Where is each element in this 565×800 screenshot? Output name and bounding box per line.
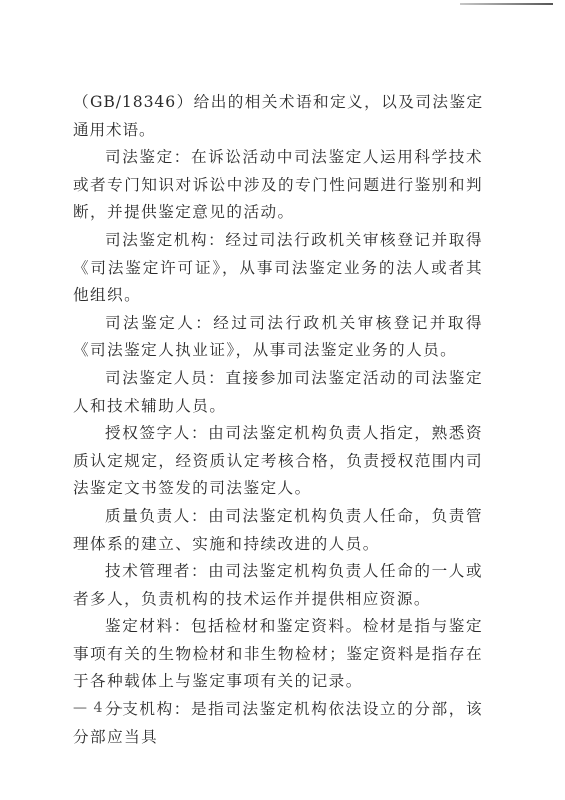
document-body: （GB/18346）给出的相关术语和定义，以及司法鉴定通用术语。 司法鉴定：在诉… bbox=[73, 89, 483, 751]
paragraph-appraisal-institution: 司法鉴定机构：经过司法行政机关审核登记并取得《司法鉴定许可证》，从事司法鉴定业务… bbox=[73, 227, 483, 310]
paragraph-judicial-appraisal: 司法鉴定：在诉讼活动中司法鉴定人运用科学技术或者专门知识对诉讼中涉及的专门性问题… bbox=[73, 144, 483, 227]
paragraph-authorized-signatory: 授权签字人：由司法鉴定机构负责人指定，熟悉资质认定规定，经资质认定考核合格，负责… bbox=[73, 420, 483, 503]
scan-edge-line bbox=[460, 3, 553, 5]
paragraph-quality-manager: 质量负责人：由司法鉴定机构负责人任命，负责管理体系的建立、实施和持续改进的人员。 bbox=[73, 503, 483, 558]
paragraph-technical-manager: 技术管理者：由司法鉴定机构负责人任命的一人或者多人，负责机构的技术运作并提供相应… bbox=[73, 558, 483, 613]
paragraph-appraiser: 司法鉴定人：经过司法行政机关审核登记并取得《司法鉴定人执业证》，从事司法鉴定业务… bbox=[73, 310, 483, 365]
page-number: — 4 — bbox=[73, 700, 124, 716]
paragraph-branch-institution: 分支机构：是指司法鉴定机构依法设立的分部，该分部应当具 bbox=[73, 696, 483, 751]
paragraph-appraisal-personnel: 司法鉴定人员：直接参加司法鉴定活动的司法鉴定人和技术辅助人员。 bbox=[73, 365, 483, 420]
paragraph-standard-reference: （GB/18346）给出的相关术语和定义，以及司法鉴定通用术语。 bbox=[73, 89, 483, 144]
paragraph-appraisal-materials: 鉴定材料：包括检材和鉴定资料。检材是指与鉴定事项有关的生物检材和非生物检材；鉴定… bbox=[73, 613, 483, 696]
